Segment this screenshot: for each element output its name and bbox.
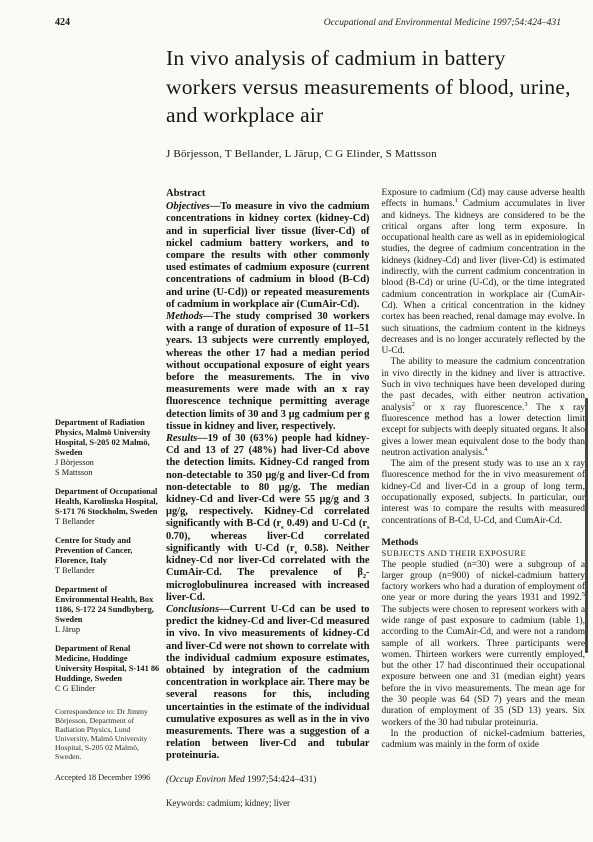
production-paragraph: In the production of nickel-cadmium batt…: [382, 729, 586, 752]
citation: (Occup Environ Med 1997;54:424–431): [166, 774, 370, 786]
affiliation-block: Department of Occupational Health, Karol…: [55, 487, 160, 527]
body-column: Exposure to cadmium (Cd) may cause adver…: [382, 188, 586, 809]
abstract-objectives-text: To measure in vivo the cadmium concentra…: [166, 201, 370, 310]
subjects-exposure-heading: SUBJECTS AND THEIR EXPOSURE: [382, 548, 586, 559]
affiliation-author: S Mattsson: [55, 468, 160, 478]
abstract-methods-label: Methods—: [166, 311, 213, 322]
abstract-results: Results—19 of 30 (63%) people had kidney…: [166, 433, 370, 604]
abstract-conclusions-label: Conclusions—: [166, 604, 230, 615]
accepted-date: Accepted 18 December 1996: [55, 773, 160, 783]
intro-paragraph-1: Exposure to cadmium (Cd) may cause adver…: [382, 188, 586, 357]
page-number: 424: [55, 17, 70, 28]
citation-volume: 1997;54:424–431): [247, 775, 316, 785]
affiliation-block: Centre for Study and Prevention of Cance…: [55, 536, 160, 576]
author-line: J Börjesson, T Bellander, L Järup, C G E…: [166, 148, 437, 160]
affiliation-author: T Bellander: [55, 517, 160, 527]
paragraph-text: or x ray fluorescence.: [415, 403, 524, 413]
intro-paragraph-3: The aim of the present study was to use …: [382, 459, 586, 527]
abstract-results-text: 0.49) and U-Cd (r: [284, 518, 367, 529]
abstract-conclusions: Conclusions—Current U-Cd can be used to …: [166, 604, 370, 763]
affiliation-address: Department of Occupational Health, Karol…: [55, 487, 160, 517]
abstract-results-text: 19 of 30 (63%) people had kidney-Cd and …: [166, 433, 370, 529]
abstract-column: Abstract Objectives—To measure in vivo t…: [166, 188, 370, 809]
affiliation-address: Centre for Study and Prevention of Cance…: [55, 536, 160, 566]
affiliation-author: T Bellander: [55, 566, 160, 576]
affiliation-address: Department of Renal Medicine, Huddinge U…: [55, 644, 160, 684]
affiliation-block: Department of Radiation Physics, Malmö U…: [55, 418, 160, 478]
paragraph-text: The people studied (n=30) were a subgrou…: [382, 560, 586, 604]
scan-artifact-line: [585, 398, 588, 653]
abstract-methods: Methods—The study comprised 30 workers w…: [166, 311, 370, 433]
paragraph-text: Cadmium accumulates in liver and kidneys…: [382, 199, 586, 356]
affiliation-address: Department of Environmental Health, Box …: [55, 585, 160, 625]
affiliations-sidebar: Department of Radiation Physics, Malmö U…: [55, 418, 160, 783]
affiliation-block: Department of Renal Medicine, Huddinge U…: [55, 644, 160, 694]
abstract-results-label: Results—: [166, 433, 208, 444]
intro-paragraph-2: The ability to measure the cadmium conce…: [382, 357, 586, 459]
abstract-objectives: Objectives—To measure in vivo the cadmiu…: [166, 201, 370, 311]
abstract-methods-text: The study comprised 30 workers with a ra…: [166, 311, 370, 432]
correspondence-note: Correspondence to: Dr Jimmy Börjesson, D…: [55, 707, 160, 761]
subjects-paragraph: The people studied (n=30) were a subgrou…: [382, 560, 586, 729]
abstract-objectives-label: Objectives—: [166, 201, 220, 212]
affiliation-author: L Järup: [55, 625, 160, 635]
affiliation-author: C G Elinder: [55, 684, 160, 694]
journal-reference: Occupational and Environmental Medicine …: [324, 17, 561, 28]
affiliation-author: J Börjesson: [55, 458, 160, 468]
page-header: 424 Occupational and Environmental Medic…: [55, 17, 561, 28]
article-title: In vivo analysis of cadmium in battery w…: [166, 44, 578, 130]
affiliation-address: Department of Radiation Physics, Malmö U…: [55, 418, 160, 458]
paragraph-text: The subjects were chosen to represent wo…: [382, 605, 586, 728]
reference-superscript: 4: [484, 446, 487, 453]
keywords-line: Keywords: cadmium; kidney; liver: [166, 797, 370, 809]
journal-page: 424 Occupational and Environmental Medic…: [0, 0, 593, 842]
affiliation-block: Department of Environmental Health, Box …: [55, 585, 160, 635]
methods-heading: Methods: [382, 537, 586, 548]
abstract-heading: Abstract: [166, 188, 370, 200]
text-columns: Abstract Objectives—To measure in vivo t…: [166, 188, 585, 809]
abstract-conclusions-text: Current U-Cd can be used to predict the …: [166, 604, 370, 761]
citation-journal: (Occup Environ Med: [166, 775, 247, 785]
